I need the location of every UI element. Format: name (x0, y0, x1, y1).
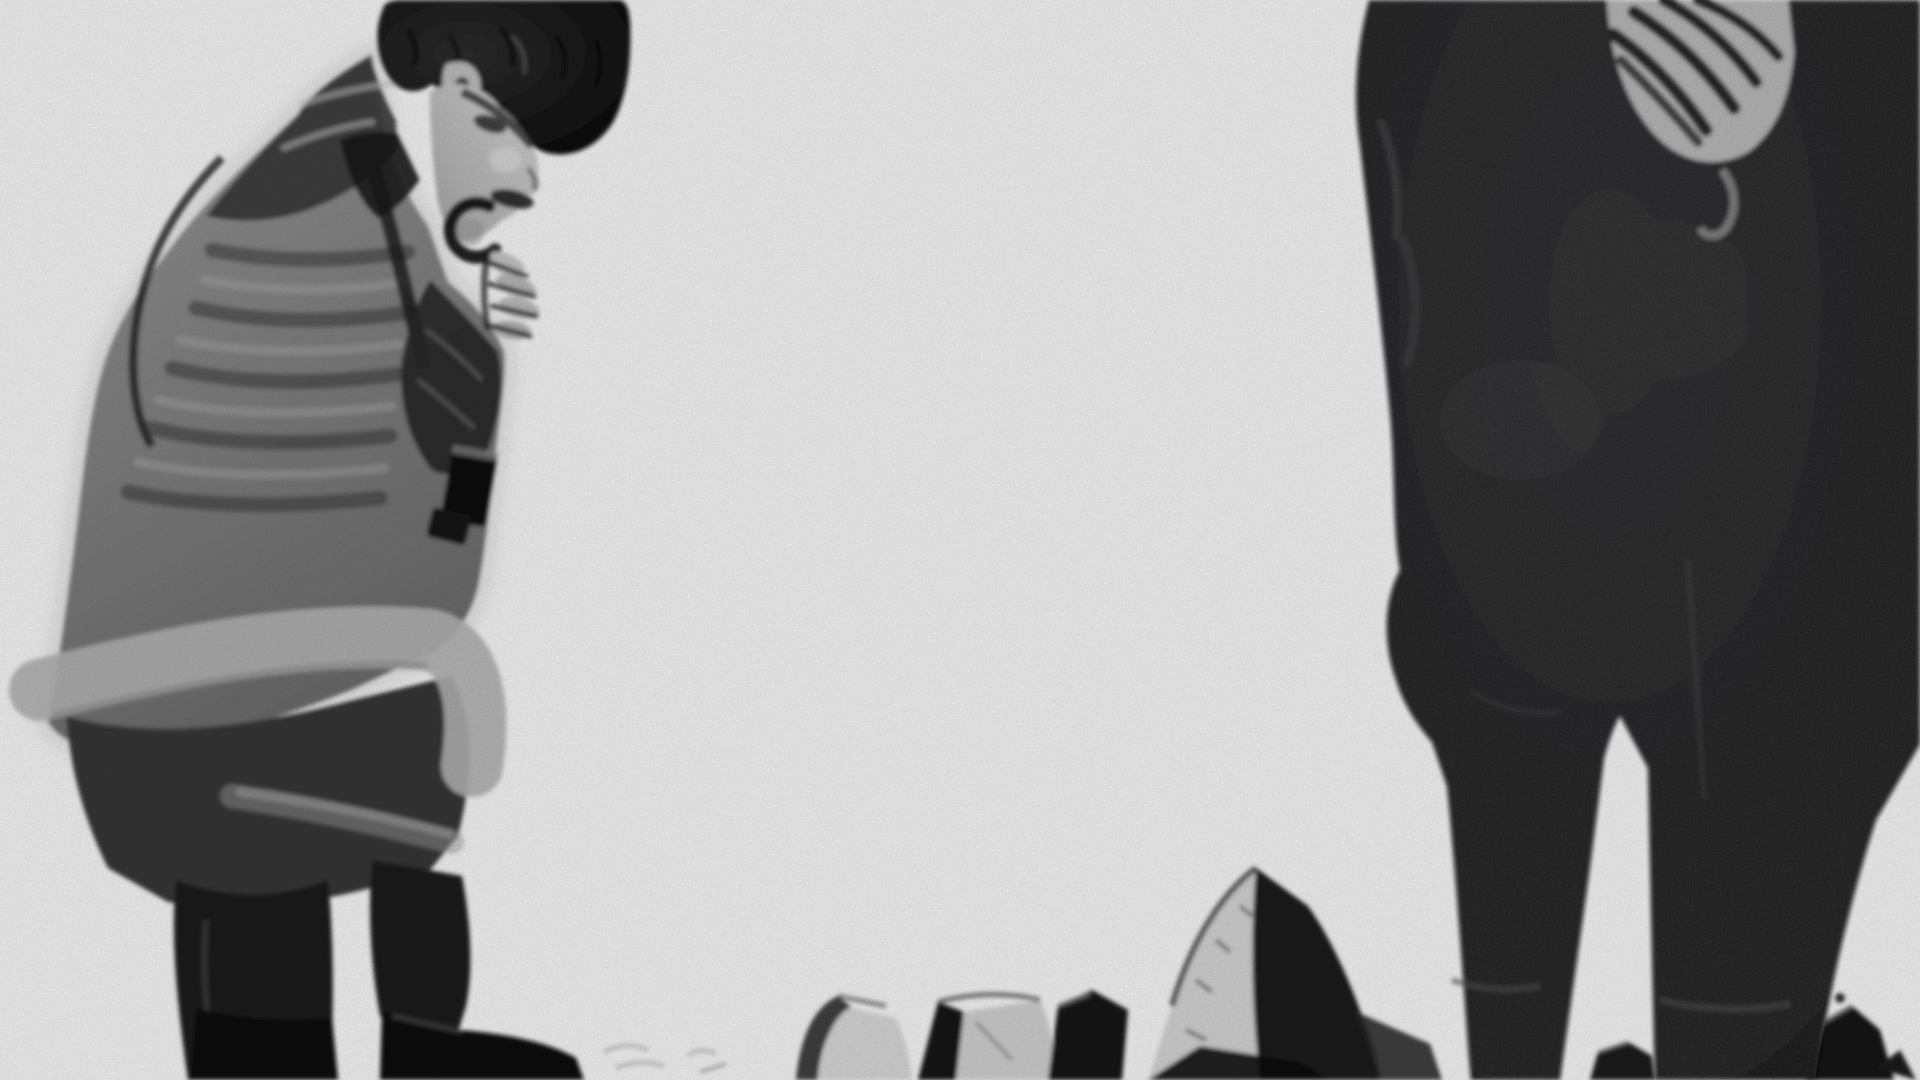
film-grain-overlay (0, 0, 1920, 1080)
photo-canvas (0, 0, 1920, 1080)
photograph (0, 0, 1920, 1080)
